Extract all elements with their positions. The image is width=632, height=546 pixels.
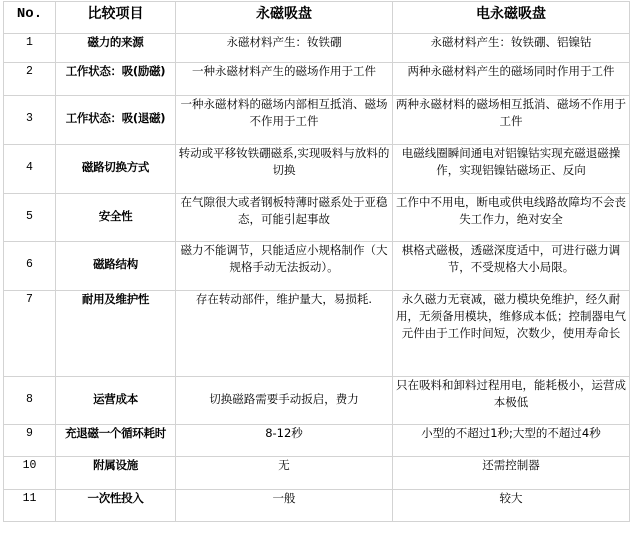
row-item: 工作状态：吸(退磁) <box>56 96 176 145</box>
row-item: 磁路结构 <box>56 242 176 291</box>
row-no: 7 <box>4 291 56 377</box>
row-electro-permanent: 还需控制器 <box>393 457 630 490</box>
row-item: 附属设施 <box>56 457 176 490</box>
row-item: 一次性投入 <box>56 490 176 522</box>
row-permanent: 磁力不能调节，只能适应小规格制作（大规格手动无法扳动）。 <box>176 242 393 291</box>
row-item: 运营成本 <box>56 377 176 425</box>
table-row: 11 一次性投入 一般 较大 <box>4 490 630 522</box>
row-item: 工作状态：吸(励磁) <box>56 63 176 96</box>
header-item: 比较项目 <box>56 2 176 34</box>
table-row: 4 磁路切换方式 转动或平移钕铁硼磁系,实现吸料与放料的切换 电磁线圈瞬间通电对… <box>4 145 630 194</box>
row-electro-permanent: 永久磁力无衰减，磁力模块免维护，经久耐用，无须备用模块，维修成本低；控制器电气元… <box>393 291 630 377</box>
row-electro-permanent: 永磁材料产生：钕铁硼、铝镍钴 <box>393 34 630 63</box>
header-electro-permanent: 电永磁吸盘 <box>393 2 630 34</box>
row-item: 耐用及维护性 <box>56 291 176 377</box>
row-electro-permanent: 较大 <box>393 490 630 522</box>
table-row: 7 耐用及维护性 存在转动部件，维护量大，易损耗. 永久磁力无衰减，磁力模块免维… <box>4 291 630 377</box>
row-electro-permanent: 小型的不超过1秒;大型的不超过4秒 <box>393 425 630 457</box>
row-electro-permanent: 棋格式磁极，透磁深度适中，可进行磁力调节，不受规格大小局限。 <box>393 242 630 291</box>
row-no: 5 <box>4 194 56 242</box>
row-permanent: 切换磁路需要手动扳启，费力 <box>176 377 393 425</box>
row-permanent: 无 <box>176 457 393 490</box>
table-row: 8 运营成本 切换磁路需要手动扳启，费力 只在吸料和卸料过程用电，能耗极小，运营… <box>4 377 630 425</box>
row-permanent: 永磁材料产生：钕铁硼 <box>176 34 393 63</box>
row-electro-permanent: 两种永磁材料产生的磁场同时作用于工件 <box>393 63 630 96</box>
row-no: 4 <box>4 145 56 194</box>
header-permanent: 永磁吸盘 <box>176 2 393 34</box>
row-no: 10 <box>4 457 56 490</box>
table-row: 10 附属设施 无 还需控制器 <box>4 457 630 490</box>
row-item: 磁力的来源 <box>56 34 176 63</box>
comparison-table: No. 比较项目 永磁吸盘 电永磁吸盘 1 磁力的来源 永磁材料产生：钕铁硼 永… <box>3 1 630 522</box>
table-row: 9 充退磁一个循环耗时 8-12秒 小型的不超过1秒;大型的不超过4秒 <box>4 425 630 457</box>
row-permanent: 转动或平移钕铁硼磁系,实现吸料与放料的切换 <box>176 145 393 194</box>
row-no: 8 <box>4 377 56 425</box>
row-electro-permanent: 只在吸料和卸料过程用电，能耗极小，运营成本极低 <box>393 377 630 425</box>
table-row: 2 工作状态：吸(励磁) 一种永磁材料产生的磁场作用于工件 两种永磁材料产生的磁… <box>4 63 630 96</box>
row-no: 2 <box>4 63 56 96</box>
row-electro-permanent: 两种永磁材料的磁场相互抵消、磁场不作用于工件 <box>393 96 630 145</box>
row-electro-permanent: 电磁线圈瞬间通电对铝镍钴实现充磁退磁操作，实现铝镍钴磁场正、反向 <box>393 145 630 194</box>
table-row: 1 磁力的来源 永磁材料产生：钕铁硼 永磁材料产生：钕铁硼、铝镍钴 <box>4 34 630 63</box>
row-no: 1 <box>4 34 56 63</box>
table-row: 5 安全性 在气隙很大或者钢板特薄时磁系处于亚稳态，可能引起事故 工作中不用电，… <box>4 194 630 242</box>
row-no: 9 <box>4 425 56 457</box>
row-permanent: 一种永磁材料的磁场内部相互抵消、磁场不作用于工件 <box>176 96 393 145</box>
row-permanent: 一种永磁材料产生的磁场作用于工件 <box>176 63 393 96</box>
row-no: 6 <box>4 242 56 291</box>
header-row: No. 比较项目 永磁吸盘 电永磁吸盘 <box>4 2 630 34</box>
table-row: 6 磁路结构 磁力不能调节，只能适应小规格制作（大规格手动无法扳动）。 棋格式磁… <box>4 242 630 291</box>
row-permanent: 8-12秒 <box>176 425 393 457</box>
header-no: No. <box>4 2 56 34</box>
row-item: 安全性 <box>56 194 176 242</box>
row-no: 3 <box>4 96 56 145</box>
row-no: 11 <box>4 490 56 522</box>
row-permanent: 一般 <box>176 490 393 522</box>
row-item: 充退磁一个循环耗时 <box>56 425 176 457</box>
row-electro-permanent: 工作中不用电，断电或供电线路故障均不会丧失工作力，绝对安全 <box>393 194 630 242</box>
row-permanent: 在气隙很大或者钢板特薄时磁系处于亚稳态，可能引起事故 <box>176 194 393 242</box>
row-item: 磁路切换方式 <box>56 145 176 194</box>
table-row: 3 工作状态：吸(退磁) 一种永磁材料的磁场内部相互抵消、磁场不作用于工件 两种… <box>4 96 630 145</box>
row-permanent: 存在转动部件，维护量大，易损耗. <box>176 291 393 377</box>
